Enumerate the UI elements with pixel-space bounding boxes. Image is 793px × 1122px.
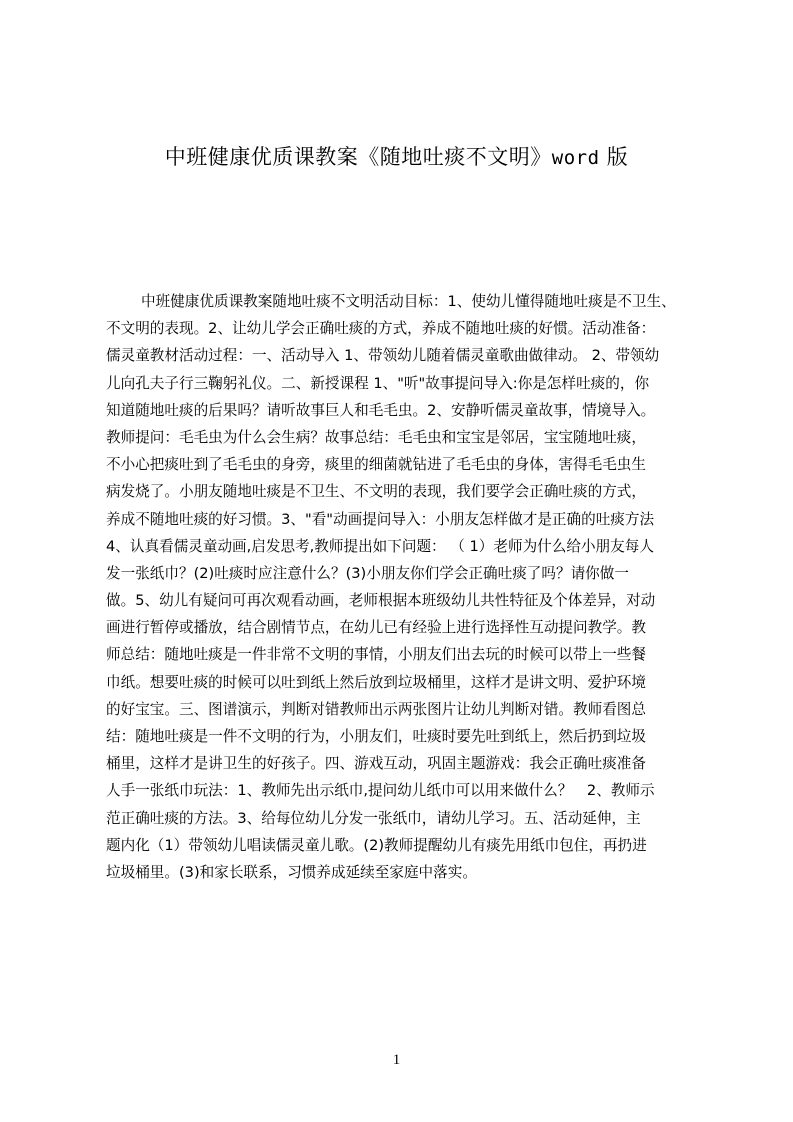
document-page: 中班健康优质课教案《随地吐痰不文明》word 版 中班健康优质课教案随地吐痰不文… bbox=[0, 0, 793, 1122]
body-line: 养成不随地吐痰的好习惯。3、"看"动画提问导入：小朋友怎样做才是正确的吐痰方法 bbox=[106, 506, 712, 533]
body-line: 发一张纸巾？(2)吐痰时应注意什么？(3)小朋友你们学会正确吐痰了吗？请你做一 bbox=[106, 560, 712, 587]
title-word: word bbox=[552, 147, 600, 169]
body-line: 人手一张纸巾玩法：1、教师先出示纸巾,提问幼儿纸巾可以用来做什么？ 2、教师示 bbox=[106, 777, 712, 804]
body-line: 题内化（1）带领幼儿唱读儒灵童儿歌。(2)教师提醒幼儿有痰先用纸巾包住，再扔进 bbox=[106, 832, 712, 859]
body-line: 4、认真看儒灵童动画,启发思考,教师提出如下问题： （ 1）老师为什么给小朋友每… bbox=[106, 533, 712, 560]
document-body: 中班健康优质课教案随地吐痰不文明活动目标：1、使幼儿懂得随地吐痰是不卫生、 不文… bbox=[106, 288, 726, 886]
body-line: 结：随地吐痰是一件不文明的行为，小朋友们，吐痰时要先吐到纸上，然后扔到垃圾 bbox=[106, 723, 712, 750]
body-line: 师总结：随地吐痰是一件非常不文明的事情，小朋友们出去玩的时候可以带上一些餐 bbox=[106, 641, 712, 668]
body-line: 教师提问：毛毛虫为什么会生病？故事总结：毛毛虫和宝宝是邻居，宝宝随地吐痰， bbox=[106, 424, 712, 451]
document-title: 中班健康优质课教案《随地吐痰不文明》word 版 bbox=[0, 140, 793, 175]
body-line: 范正确吐痰的方法。3、给每位幼儿分发一张纸巾，请幼儿学习。五、活动延伸，主 bbox=[106, 805, 712, 832]
body-line: 的好宝宝。三、图谱演示，判断对错教师出示两张图片让幼儿判断对错。教师看图总 bbox=[106, 696, 712, 723]
title-suffix: 版 bbox=[607, 145, 629, 169]
body-line: 病发烧了。小朋友随地吐痰是不卫生、不文明的表现，我们要学会正确吐痰的方式， bbox=[106, 478, 712, 505]
body-line: 巾纸。想要吐痰的时候可以吐到纸上然后放到垃圾桶里，这样才是讲文明、爱护环境 bbox=[106, 669, 712, 696]
body-line: 中班健康优质课教案随地吐痰不文明活动目标：1、使幼儿懂得随地吐痰是不卫生、 bbox=[106, 288, 726, 315]
title-chinese: 中班健康优质课教案《随地吐痰不文明》 bbox=[165, 145, 552, 169]
body-line: 做。5、幼儿有疑问可再次观看动画，老师根据本班级幼儿共性特征及个体差异，对动 bbox=[106, 587, 712, 614]
body-line: 垃圾桶里。(3)和家长联系，习惯养成延续至家庭中落实。 bbox=[106, 859, 712, 886]
page-number: 1 bbox=[0, 1052, 793, 1069]
body-line: 知道随地吐痰的后果吗？请听故事巨人和毛毛虫。2、安静听儒灵童故事，情境导入。 bbox=[106, 397, 712, 424]
body-line: 桶里，这样才是讲卫生的好孩子。四、游戏互动，巩固主题游戏：我会正确吐痰准备 bbox=[106, 750, 712, 777]
body-line: 不文明的表现。2、让幼儿学会正确吐痰的方式，养成不随地吐痰的好惯。活动准备： bbox=[106, 315, 712, 342]
body-line: 儿向孔夫子行三鞠躬礼仪。二、新授课程 1、"听"故事提问导入:你是怎样吐痰的，你 bbox=[106, 370, 712, 397]
body-line: 画进行暂停或播放，结合剧情节点，在幼儿已有经验上进行选择性互动提问教学。教 bbox=[106, 614, 712, 641]
body-line: 不小心把痰吐到了毛毛虫的身旁，痰里的细菌就钻进了毛毛虫的身体，害得毛毛虫生 bbox=[106, 451, 712, 478]
body-line: 儒灵童教材活动过程：一、活动导入 1、带领幼儿随着儒灵童歌曲做律动。 2、带领幼 bbox=[106, 342, 712, 369]
